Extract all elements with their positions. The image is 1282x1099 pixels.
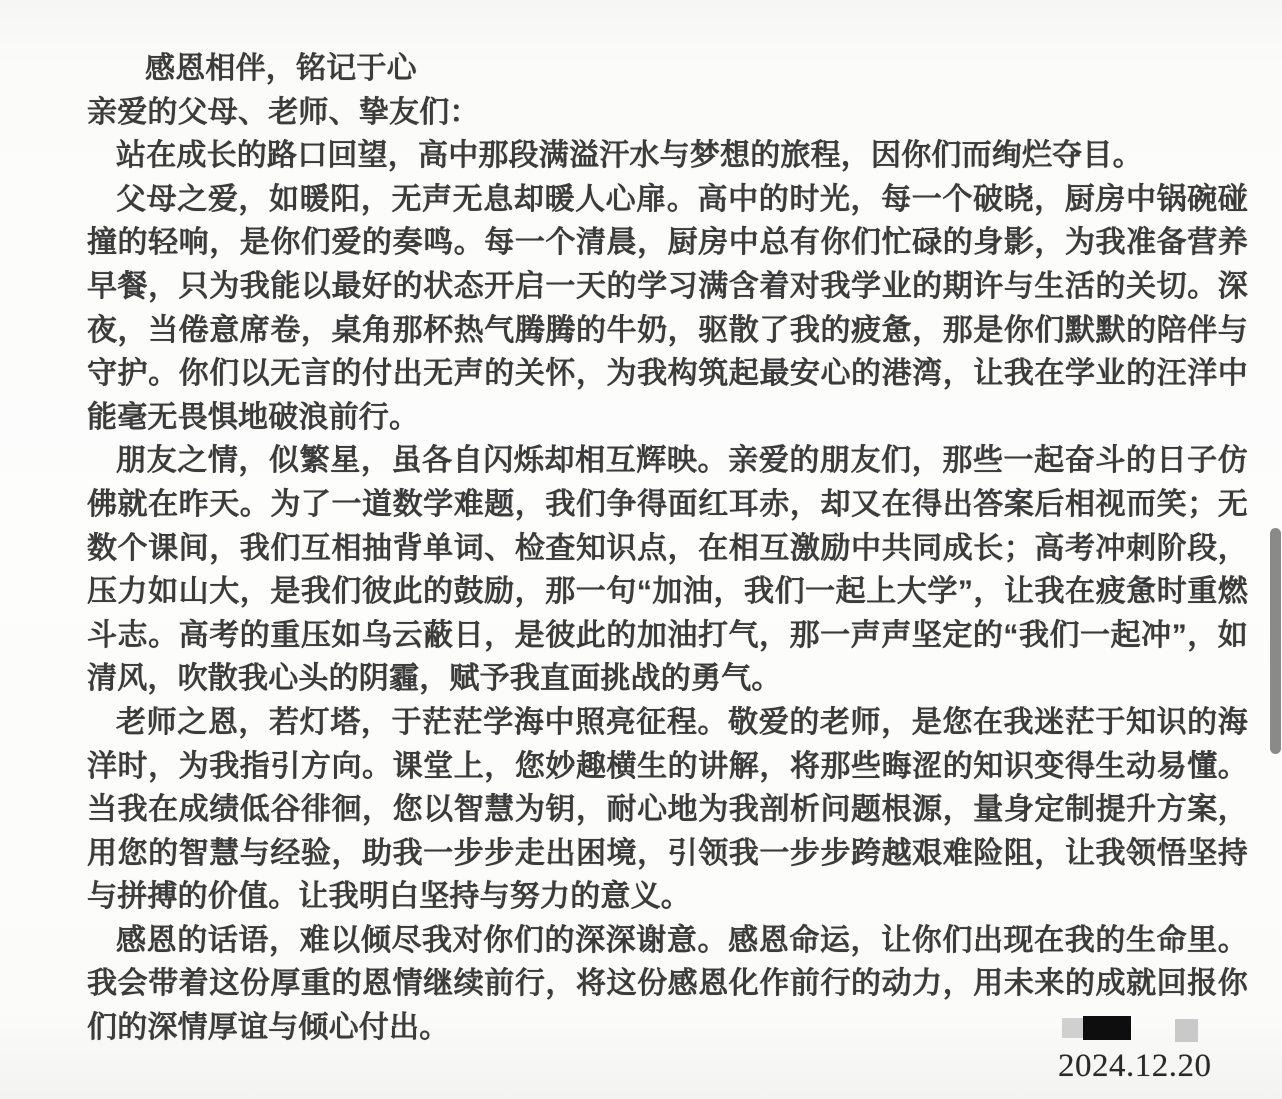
salutation-line: 亲爱的父母、老师、挚友们： xyxy=(87,91,1248,135)
scrollbar-thumb[interactable] xyxy=(1270,528,1281,754)
letter-body: 感恩相伴，铭记于心 亲爱的父母、老师、挚友们： 站在成长的路口回望，高中那段满溢… xyxy=(87,47,1248,1050)
body-paragraph: 父母之爱，如暖阳，无声无息却暖人心扉。高中的时光，每一个破晓，厨房中锅碗碰撞的轻… xyxy=(87,178,1248,440)
body-paragraph: 站在成长的路口回望，高中那段满溢汗水与梦想的旅程，因你们而绚烂夺目。 xyxy=(87,134,1248,178)
body-paragraph: 朋友之情，似繁星，虽各自闪烁却相互辉映。亲爱的朋友们，那些一起奋斗的日子仿佛就在… xyxy=(87,439,1248,701)
body-paragraph: 感恩的话语，难以倾尽我对你们的深深谢意。感恩命运，让你们出现在我的生命里。我会带… xyxy=(87,919,1248,1050)
date-stamp: 2024.12.20 xyxy=(1058,1048,1208,1085)
document-page: 感恩相伴，铭记于心 亲爱的父母、老师、挚友们： 站在成长的路口回望，高中那段满溢… xyxy=(0,0,1282,1099)
body-paragraph: 老师之恩，若灯塔，于茫茫学海中照亮征程。敬爱的老师，是您在我迷茫于知识的海洋时，… xyxy=(87,701,1248,919)
document-title: 感恩相伴，铭记于心 xyxy=(87,47,1248,91)
